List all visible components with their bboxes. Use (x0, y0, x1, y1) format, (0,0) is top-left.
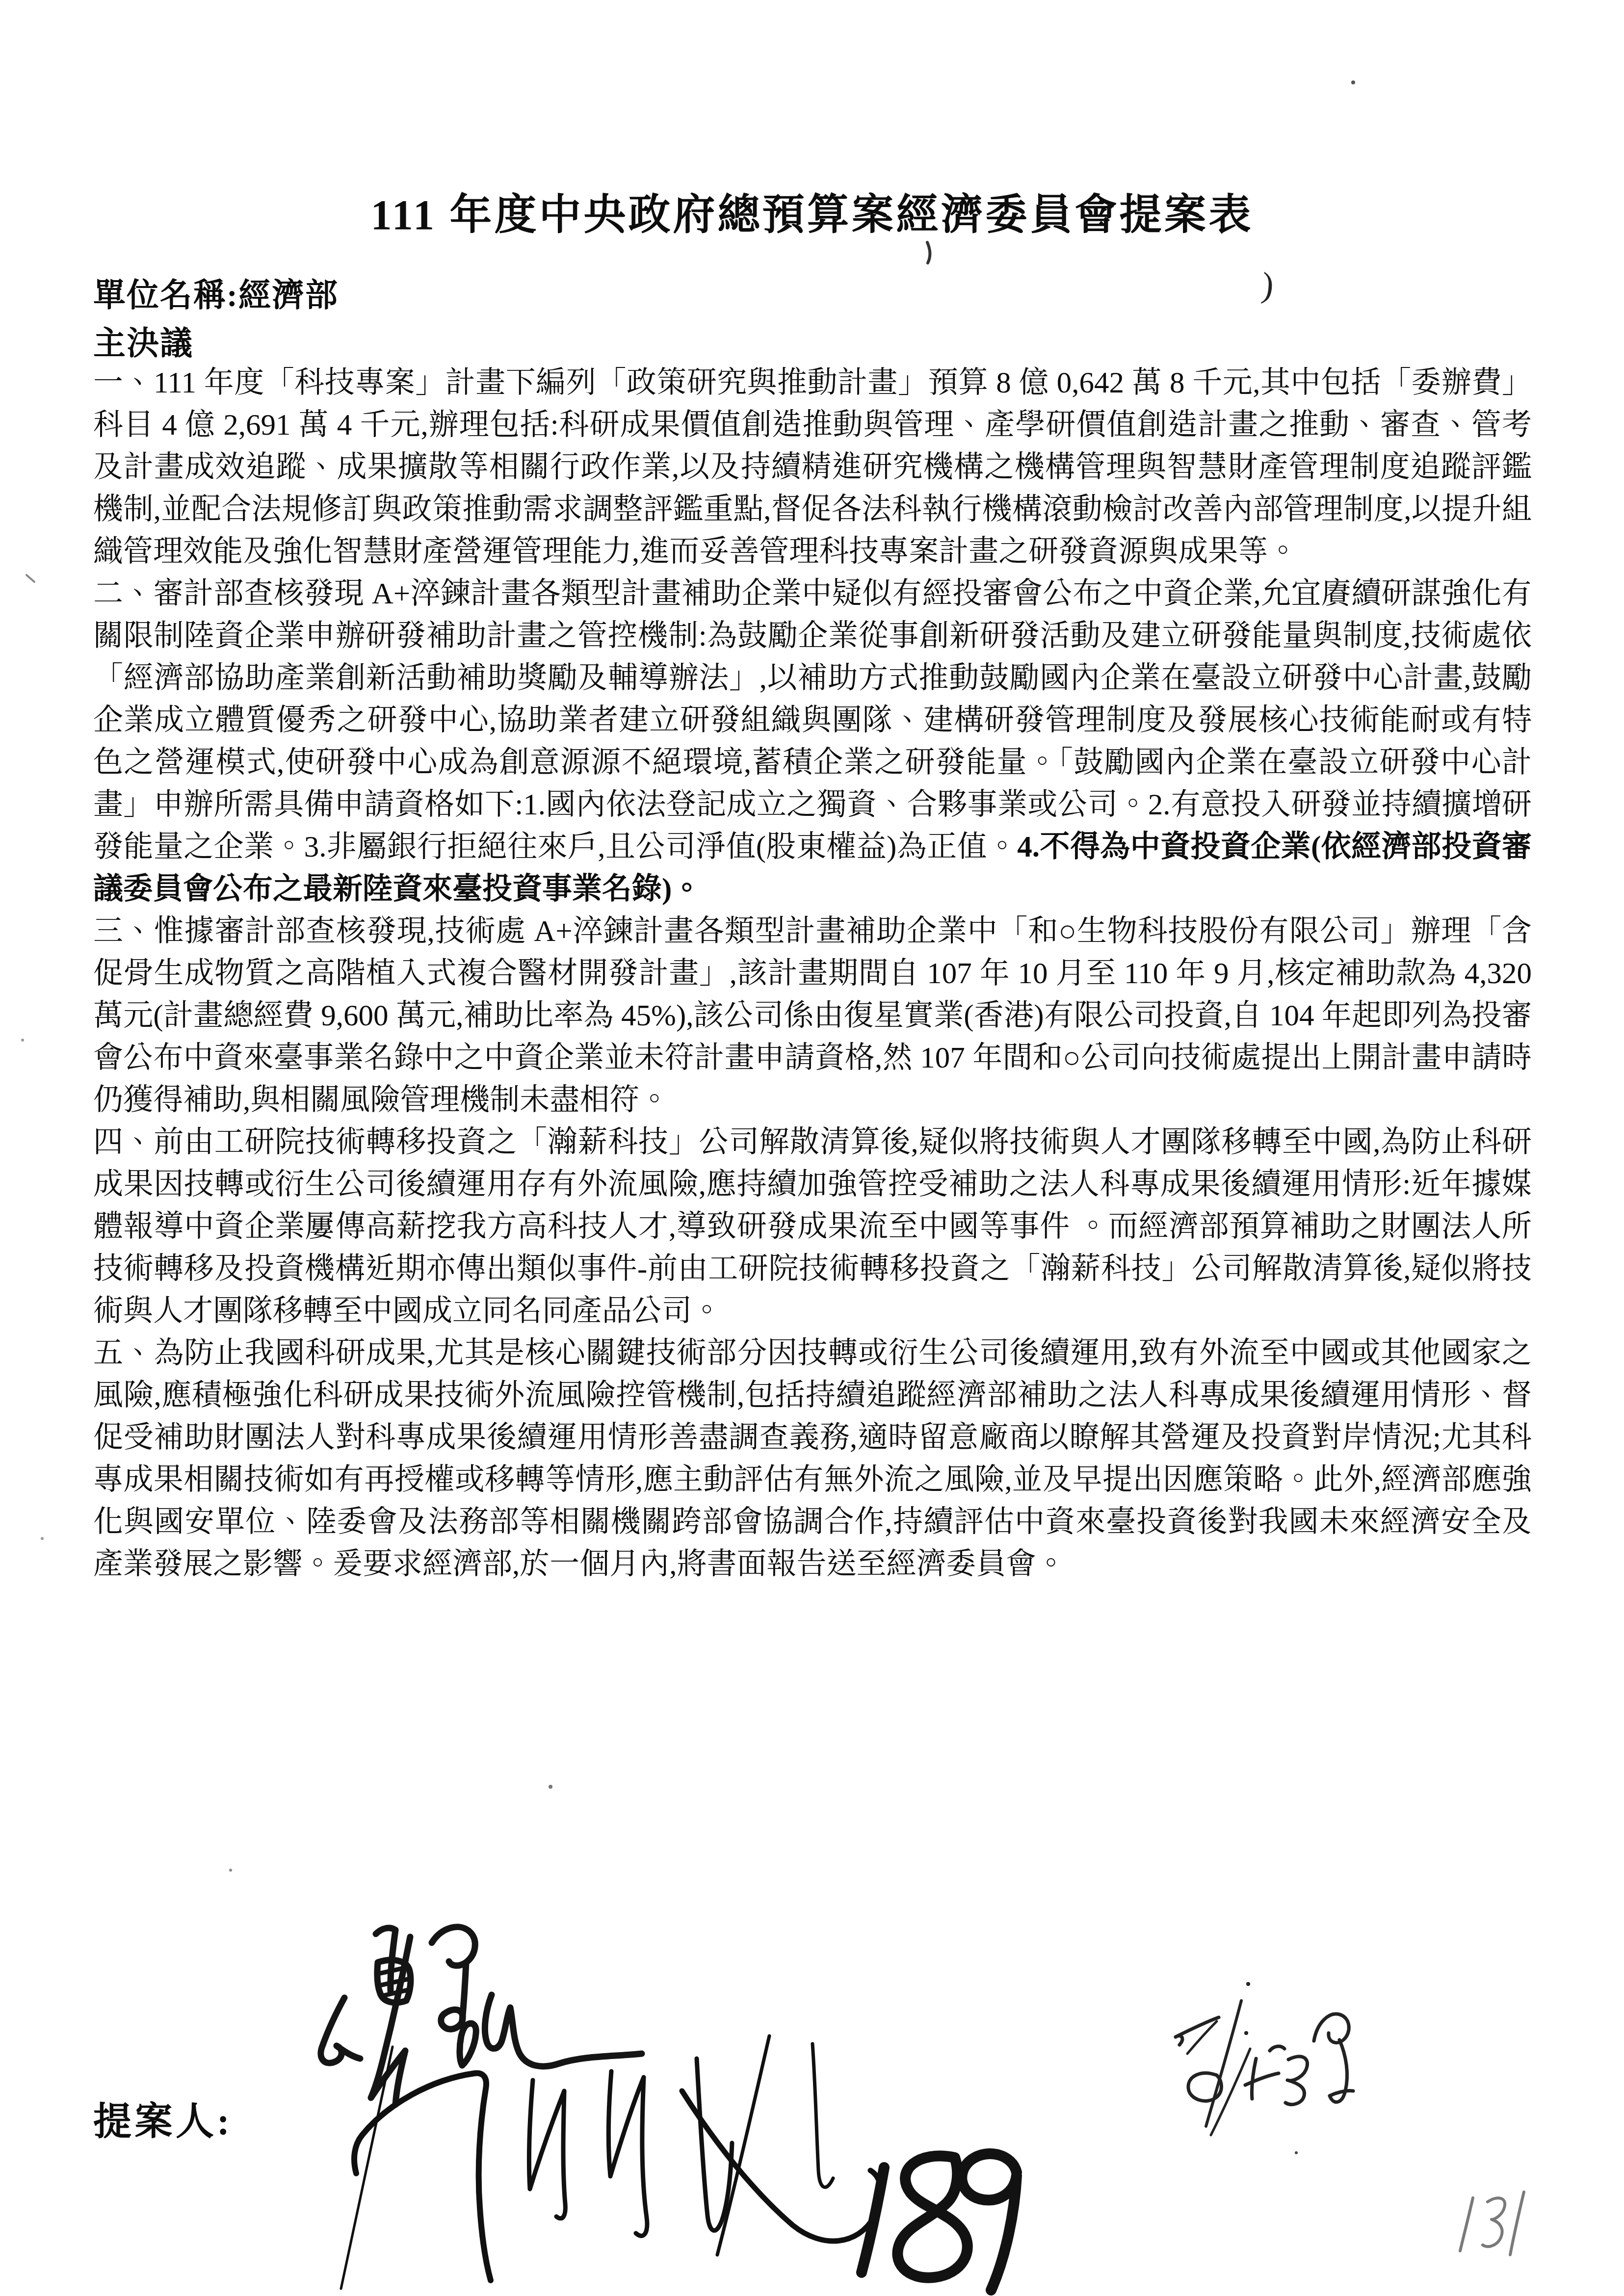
resolution-paragraph: 三、惟據審計部查核發現,技術處 A+淬鍊計畫各類型計畫補助企業中「和○生物科技股… (93, 911, 1532, 1122)
handwritten-number-189 (862, 2154, 1017, 2290)
main-resolution-heading: 主決議 (93, 317, 193, 364)
scanned-document-page: 111 年度中央政府總預算案經濟委員會提案表 單位名稱:經濟部 主決議 一、11… (0, 0, 1624, 2296)
scan-artifact-paren: ) (1260, 264, 1276, 306)
resolution-text: 五、為防止我國科研成果,尤其是核心關鍵技術部分因技轉或衍生公司後續運用,致有外流… (93, 1337, 1532, 1581)
resolution-paragraph: 五、為防止我國科研成果,尤其是核心關鍵技術部分因技轉或衍生公司後續運用,致有外流… (93, 1332, 1532, 1586)
resolution-paragraph: 二、審計部查核發現 A+淬鍊計畫各類型計畫補助企業中疑似有經投審會公布之中資企業… (93, 573, 1532, 911)
signature-3 (1176, 1982, 1353, 2154)
proposer-label: 提案人: (93, 2091, 233, 2146)
resolution-text: 三、惟據審計部查核發現,技術處 A+淬鍊計畫各類型計畫補助企業中「和○生物科技股… (93, 915, 1532, 1117)
resolution-paragraphs: 一、111 年度「科技專案」計畫下編列「政策研究與推動計畫」預算 8 億 0,6… (93, 362, 1532, 1586)
resolution-text: 二、審計部查核發現 A+淬鍊計畫各類型計畫補助企業中疑似有經投審會公布之中資企業… (93, 577, 1532, 863)
signature-2 (341, 2036, 881, 2289)
unit-name-line: 單位名稱:經濟部 (93, 269, 339, 315)
document-title: 111 年度中央政府總預算案經濟委員會提案表 (0, 181, 1624, 241)
resolution-paragraph: 四、前由工研院技術轉移投資之「瀚薪科技」公司解散清算後,疑似將技術與人才團隊移轉… (93, 1122, 1532, 1332)
resolution-text: 四、前由工研院技術轉移投資之「瀚薪科技」公司解散清算後,疑似將技術與人才團隊移轉… (93, 1126, 1532, 1328)
handwritten-number-131 (1460, 2192, 1524, 2255)
resolution-paragraph: 一、111 年度「科技專案」計畫下編列「政策研究與推動計畫」預算 8 億 0,6… (93, 362, 1532, 573)
signature-1 (321, 1927, 642, 2105)
resolution-text: 一、111 年度「科技專案」計畫下編列「政策研究與推動計畫」預算 8 億 0,6… (93, 366, 1532, 568)
